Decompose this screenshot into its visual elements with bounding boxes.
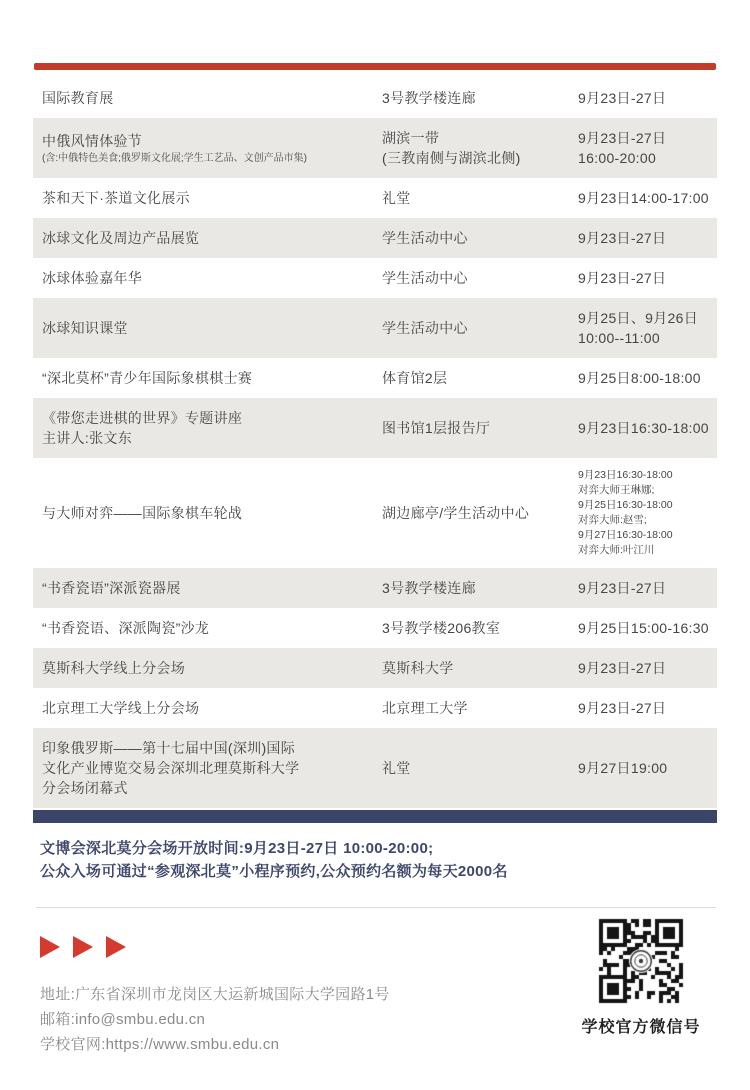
event-location-cell: 礼堂 bbox=[382, 758, 578, 778]
event-time-cell: 9月23日-27日 bbox=[578, 698, 711, 718]
opening-notice-line1: 文博会深北莫分会场开放时间:9月23日-27日 10:00-20:00; bbox=[40, 837, 710, 860]
table-row: “书香瓷语”深派瓷器展 3号教学楼连廊 9月23日-27日 bbox=[33, 568, 717, 608]
event-name-cell: 国际教育展 bbox=[42, 88, 382, 108]
event-name-cell: 茶和天下·茶道文化展示 bbox=[42, 188, 382, 208]
event-name-cell: 与大师对弈——国际象棋车轮战 bbox=[42, 503, 382, 523]
event-time-cell: 9月23日-27日 bbox=[578, 578, 711, 598]
event-location-cell: 学生活动中心 bbox=[382, 228, 578, 248]
event-time-cell: 9月27日19:00 bbox=[578, 758, 711, 778]
event-name-cell: 印象俄罗斯——第十七届中国(深圳)国际文化产业博览交易会深圳北理莫斯科大学分会场… bbox=[42, 738, 382, 798]
event-location-cell: 体育馆2层 bbox=[382, 368, 578, 388]
event-location-cell: 北京理工大学 bbox=[382, 698, 578, 718]
event-name-cell: “书香瓷语”深派瓷器展 bbox=[42, 578, 382, 598]
table-row: 冰球体验嘉年华 学生活动中心 9月23日-27日 bbox=[33, 258, 717, 298]
qr-label: 学校官方微信号 bbox=[566, 1014, 716, 1037]
event-name-cell: 冰球知识课堂 bbox=[42, 318, 382, 338]
opening-notice-line2: 公众入场可通过“参观深北莫”小程序预约,公众预约名额为每天2000名 bbox=[40, 860, 710, 883]
event-location-cell: 湖边廊亭/学生活动中心 bbox=[382, 503, 578, 523]
event-time-cell: 9月23日-27日 bbox=[578, 88, 711, 108]
event-name-cell: 《带您走进棋的世界》专题讲座主讲人:张文东 bbox=[42, 408, 382, 448]
table-row: “深北莫杯”青少年国际象棋棋士赛 体育馆2层 9月25日8:00-18:00 bbox=[33, 358, 717, 398]
event-location-cell: 学生活动中心 bbox=[382, 318, 578, 338]
arrow-right-icon bbox=[40, 936, 60, 958]
footer-divider bbox=[36, 907, 716, 908]
event-time-cell: 9月25日8:00-18:00 bbox=[578, 368, 711, 388]
table-row: 印象俄罗斯——第十七届中国(深圳)国际文化产业博览交易会深圳北理莫斯科大学分会场… bbox=[33, 728, 717, 808]
table-row: 冰球知识课堂 学生活动中心 9月25日、9月26日10:00--11:00 bbox=[33, 298, 717, 358]
event-location-cell: 莫斯科大学 bbox=[382, 658, 578, 678]
event-time-cell: 9月25日15:00-16:30 bbox=[578, 618, 711, 638]
arrow-right-icon bbox=[73, 936, 93, 958]
event-name-cell: 莫斯科大学线上分会场 bbox=[42, 658, 382, 678]
event-time-cell: 9月23日-27日 bbox=[578, 658, 711, 678]
arrow-right-icon bbox=[106, 936, 126, 958]
event-time-cell: 9月23日-27日16:00-20:00 bbox=[578, 128, 711, 168]
table-row: 冰球文化及周边产品展览 学生活动中心 9月23日-27日 bbox=[33, 218, 717, 258]
event-time-cell: 9月23日-27日 bbox=[578, 268, 711, 288]
event-name-cell: 冰球文化及周边产品展览 bbox=[42, 228, 382, 248]
event-name-cell: 北京理工大学线上分会场 bbox=[42, 698, 382, 718]
event-time-cell: 9月23日-27日 bbox=[578, 228, 711, 248]
schedule-table: 国际教育展 3号教学楼连廊 9月23日-27日 中俄风情体验节(含:中俄特色美食… bbox=[33, 78, 717, 808]
table-row: 莫斯科大学线上分会场 莫斯科大学 9月23日-27日 bbox=[33, 648, 717, 688]
event-location-cell: 3号教学楼206教室 bbox=[382, 618, 578, 638]
event-name-cell: “书香瓷语、深派陶瓷”沙龙 bbox=[42, 618, 382, 638]
table-row: “书香瓷语、深派陶瓷”沙龙 3号教学楼206教室 9月25日15:00-16:3… bbox=[33, 608, 717, 648]
event-location-cell: 湖滨一带(三教南侧与湖滨北侧) bbox=[382, 128, 578, 168]
event-location-cell: 学生活动中心 bbox=[382, 268, 578, 288]
event-location-cell: 3号教学楼连廊 bbox=[382, 88, 578, 108]
event-location-cell: 3号教学楼连廊 bbox=[382, 578, 578, 598]
event-time-cell: 9月23日16:30-18:00对弈大师王琳娜;9月25日16:30-18:00… bbox=[578, 468, 711, 558]
event-time-cell: 9月23日16:30-18:00 bbox=[578, 418, 711, 438]
table-row: 与大师对弈——国际象棋车轮战 湖边廊亭/学生活动中心 9月23日16:30-18… bbox=[33, 458, 717, 568]
table-row: 中俄风情体验节(含:中俄特色美食;俄罗斯文化展;学生工艺品、文创产品市集) 湖滨… bbox=[33, 118, 717, 178]
table-row: 《带您走进棋的世界》专题讲座主讲人:张文东 图书馆1层报告厅 9月23日16:3… bbox=[33, 398, 717, 458]
event-location-cell: 图书馆1层报告厅 bbox=[382, 418, 578, 438]
top-red-rule bbox=[34, 63, 716, 70]
bottom-navy-rule bbox=[33, 810, 717, 823]
table-row: 国际教育展 3号教学楼连廊 9月23日-27日 bbox=[33, 78, 717, 118]
table-row: 北京理工大学线上分会场 北京理工大学 9月23日-27日 bbox=[33, 688, 717, 728]
event-name-cell: 冰球体验嘉年华 bbox=[42, 268, 382, 288]
table-row: 茶和天下·茶道文化展示 礼堂 9月23日14:00-17:00 bbox=[33, 178, 717, 218]
event-time-cell: 9月25日、9月26日10:00--11:00 bbox=[578, 308, 711, 348]
event-location-cell: 礼堂 bbox=[382, 188, 578, 208]
event-time-cell: 9月23日14:00-17:00 bbox=[578, 188, 711, 208]
opening-notice: 文博会深北莫分会场开放时间:9月23日-27日 10:00-20:00; 公众入… bbox=[40, 837, 710, 883]
event-name-cell: “深北莫杯”青少年国际象棋棋士赛 bbox=[42, 368, 382, 388]
event-name-cell: 中俄风情体验节(含:中俄特色美食;俄罗斯文化展;学生工艺品、文创产品市集) bbox=[42, 131, 382, 166]
wechat-qr-block: 学校官方微信号 bbox=[566, 918, 716, 1037]
poster-page: 国际教育展 3号教学楼连廊 9月23日-27日 中俄风情体验节(含:中俄特色美食… bbox=[0, 0, 750, 1090]
qr-code-image bbox=[598, 918, 684, 1004]
